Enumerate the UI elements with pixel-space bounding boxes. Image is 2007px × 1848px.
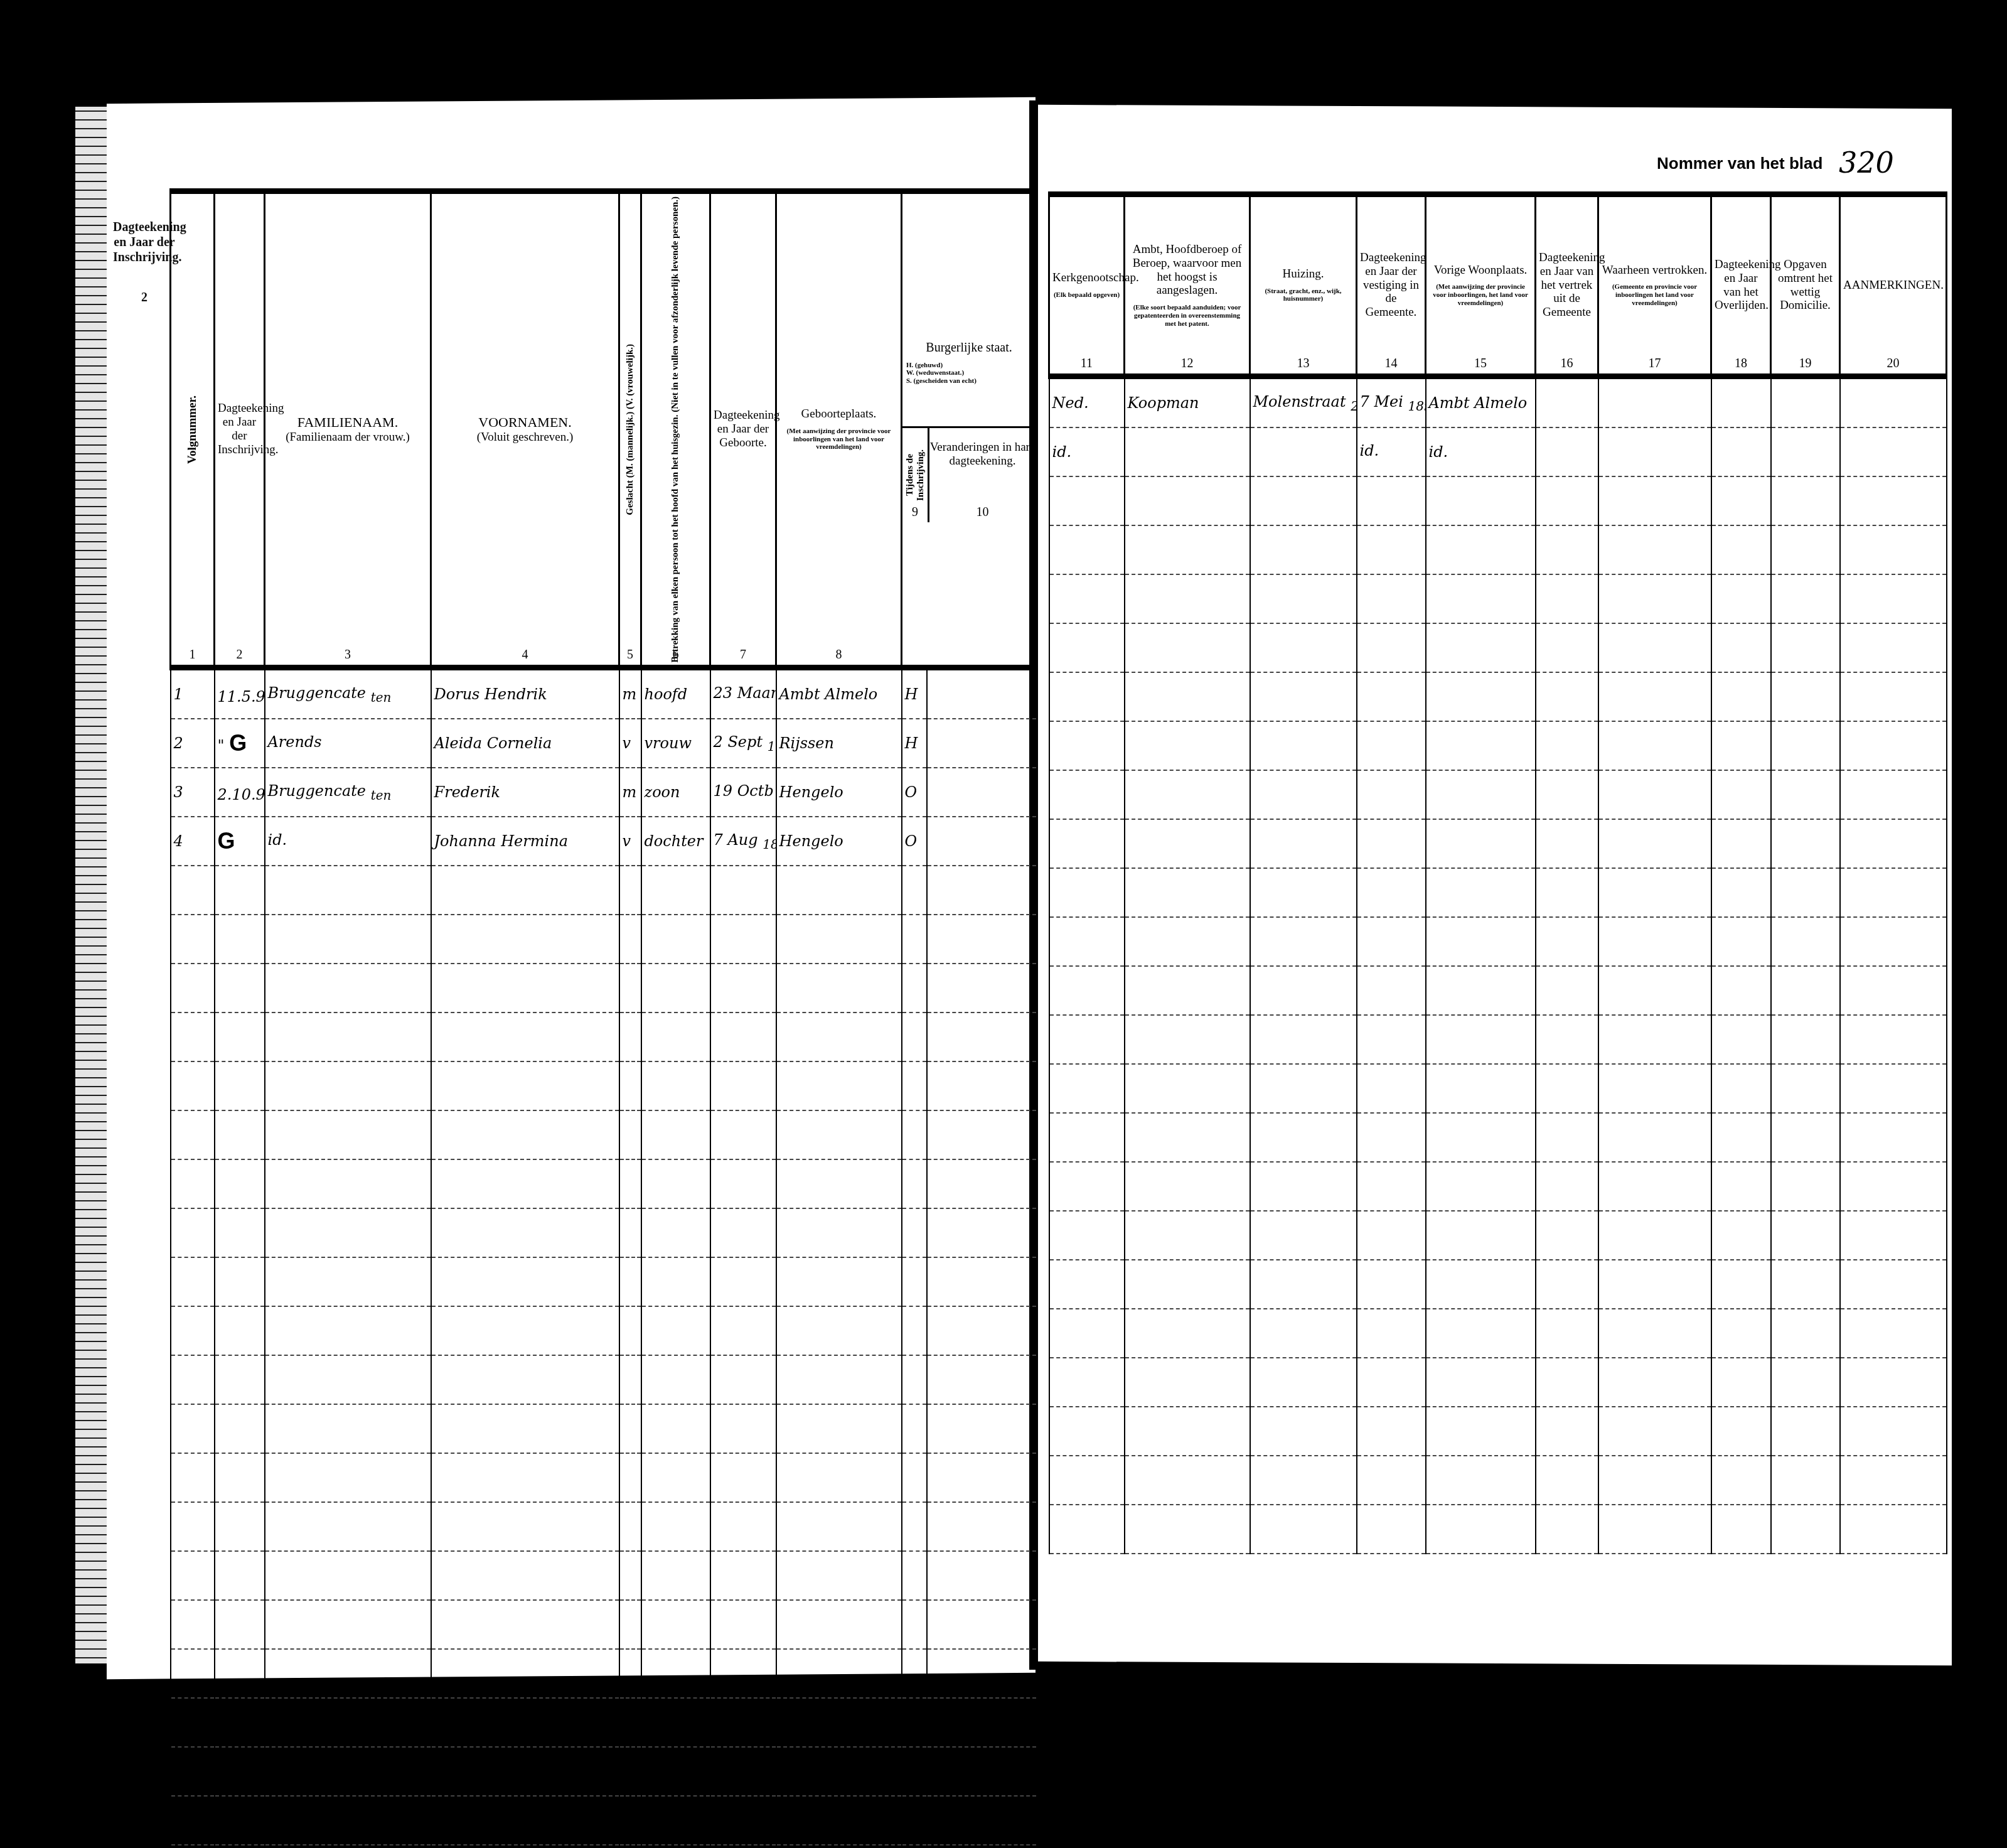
empty-cell bbox=[1840, 623, 1947, 672]
empty-cell bbox=[902, 1355, 927, 1404]
empty-cell bbox=[1536, 770, 1598, 819]
cell-kerkgenootschap: id. bbox=[1049, 427, 1125, 476]
empty-cell bbox=[215, 1502, 265, 1551]
empty-cell bbox=[776, 964, 902, 1013]
margin-column-number: 2 bbox=[113, 290, 176, 305]
empty-cell bbox=[1771, 1113, 1840, 1162]
empty-row bbox=[171, 866, 1037, 915]
empty-cell bbox=[265, 1013, 431, 1061]
empty-cell bbox=[776, 1453, 902, 1502]
empty-row bbox=[171, 1013, 1037, 1061]
familienaam-value: id. bbox=[268, 831, 287, 849]
cell-veranderingen bbox=[927, 768, 1037, 817]
empty-cell bbox=[1250, 1162, 1357, 1211]
empty-cell bbox=[215, 1110, 265, 1159]
col-aanmerkingen: AANMERKINGEN.20 bbox=[1840, 195, 1947, 377]
empty-cell bbox=[619, 1404, 641, 1453]
empty-cell bbox=[1840, 1456, 1947, 1505]
empty-cell bbox=[1250, 917, 1357, 966]
empty-cell bbox=[1357, 623, 1426, 672]
col-geboorteplaats: Geboorteplaats.(Met aanwijzing der provi… bbox=[776, 191, 902, 668]
cell-overlijden bbox=[1711, 377, 1771, 428]
familienaam-value: Arends bbox=[268, 733, 322, 751]
empty-cell bbox=[927, 1502, 1037, 1551]
empty-cell bbox=[902, 866, 927, 915]
empty-cell bbox=[215, 1013, 265, 1061]
empty-cell bbox=[927, 1159, 1037, 1208]
col-burgerlijke-staat: Burgerlijke staat. H. (gehuwd) W. (weduw… bbox=[902, 191, 1037, 668]
empty-cell bbox=[1049, 1260, 1125, 1309]
empty-cell bbox=[1536, 966, 1598, 1015]
empty-cell bbox=[1598, 966, 1711, 1015]
empty-row bbox=[1049, 1309, 1947, 1358]
empty-row bbox=[1049, 1211, 1947, 1260]
empty-cell bbox=[1771, 574, 1840, 623]
empty-cell bbox=[1598, 868, 1711, 917]
cell-inschrijving: " G bbox=[215, 719, 265, 768]
empty-cell bbox=[431, 1159, 619, 1208]
empty-cell bbox=[1049, 1211, 1125, 1260]
cell-kerkgenootschap: Ned. bbox=[1049, 377, 1125, 428]
empty-cell bbox=[641, 1306, 710, 1355]
empty-row bbox=[171, 1355, 1037, 1404]
cell-overlijden bbox=[1711, 525, 1771, 574]
empty-cell bbox=[776, 1551, 902, 1600]
empty-cell bbox=[1711, 868, 1771, 917]
empty-cell bbox=[927, 964, 1037, 1013]
empty-cell bbox=[927, 1061, 1037, 1110]
empty-cell bbox=[927, 1453, 1037, 1502]
empty-cell bbox=[776, 1502, 902, 1551]
empty-cell bbox=[1049, 721, 1125, 770]
empty-cell bbox=[619, 1747, 641, 1796]
empty-cell bbox=[1711, 917, 1771, 966]
empty-cell bbox=[431, 964, 619, 1013]
empty-cell bbox=[1049, 868, 1125, 917]
empty-cell bbox=[902, 1257, 927, 1306]
empty-cell bbox=[927, 1257, 1037, 1306]
cell-beroep: Koopman bbox=[1125, 377, 1250, 428]
empty-cell bbox=[215, 1747, 265, 1796]
empty-cell bbox=[641, 1061, 710, 1110]
empty-cell bbox=[902, 1453, 927, 1502]
empty-cell bbox=[1771, 1456, 1840, 1505]
empty-cell bbox=[1771, 1211, 1840, 1260]
settle-date: id. bbox=[1360, 442, 1379, 459]
empty-row bbox=[171, 1159, 1037, 1208]
empty-cell bbox=[1598, 721, 1711, 770]
cell-burgerlijke-staat: H bbox=[902, 719, 927, 768]
cell-geslacht: v bbox=[619, 719, 641, 768]
empty-cell bbox=[1357, 966, 1426, 1015]
empty-cell bbox=[265, 1796, 431, 1845]
empty-cell bbox=[927, 915, 1037, 964]
cell-volgnummer: 1 bbox=[171, 668, 215, 719]
cell-betrekking: hoofd bbox=[641, 668, 710, 719]
empty-cell bbox=[1536, 868, 1598, 917]
empty-cell bbox=[1771, 721, 1840, 770]
empty-cell bbox=[1840, 1505, 1947, 1554]
empty-cell bbox=[641, 1649, 710, 1698]
cell-waarheen bbox=[1598, 525, 1711, 574]
empty-cell bbox=[619, 1551, 641, 1600]
empty-cell bbox=[710, 1208, 776, 1257]
empty-row bbox=[1049, 966, 1947, 1015]
street: Molenstraat bbox=[1253, 393, 1346, 411]
empty-cell bbox=[1250, 770, 1357, 819]
cell-volgnummer: 2 bbox=[171, 719, 215, 768]
cell-aanmerkingen bbox=[1840, 427, 1947, 476]
empty-cell bbox=[171, 1404, 215, 1453]
empty-cell bbox=[1125, 1015, 1250, 1064]
cell-voornamen: Frederik bbox=[431, 768, 619, 817]
settle-date: 7 Mei bbox=[1360, 393, 1403, 411]
empty-cell bbox=[1840, 1211, 1947, 1260]
cell-geboorteplaats: Hengelo bbox=[776, 768, 902, 817]
empty-cell bbox=[265, 1208, 431, 1257]
empty-cell bbox=[776, 1306, 902, 1355]
empty-cell bbox=[265, 1159, 431, 1208]
empty-cell bbox=[1250, 1407, 1357, 1456]
empty-cell bbox=[215, 1061, 265, 1110]
empty-cell bbox=[1125, 1456, 1250, 1505]
empty-cell bbox=[1598, 1211, 1711, 1260]
empty-row bbox=[171, 915, 1037, 964]
empty-cell bbox=[431, 1502, 619, 1551]
empty-cell bbox=[1771, 1407, 1840, 1456]
empty-cell bbox=[776, 866, 902, 915]
empty-cell bbox=[1357, 1505, 1426, 1554]
empty-cell bbox=[1536, 1113, 1598, 1162]
empty-row bbox=[1049, 1358, 1947, 1407]
empty-cell bbox=[1357, 1064, 1426, 1113]
empty-cell bbox=[1598, 1505, 1711, 1554]
cell-voornamen: Dorus Hendrik bbox=[431, 668, 619, 719]
empty-cell bbox=[619, 1600, 641, 1649]
empty-cell bbox=[927, 1306, 1037, 1355]
cell-familienaam: Arends bbox=[265, 719, 431, 768]
empty-cell bbox=[1426, 1162, 1536, 1211]
empty-cell bbox=[431, 1796, 619, 1845]
empty-cell bbox=[265, 1306, 431, 1355]
empty-cell bbox=[710, 1453, 776, 1502]
empty-row bbox=[1049, 721, 1947, 770]
empty-cell bbox=[1357, 819, 1426, 868]
table-row: Ned.KoopmanMolenstraat 217 Mei 1896Ambt … bbox=[1049, 377, 1947, 428]
empty-cell bbox=[1840, 770, 1947, 819]
empty-cell bbox=[1771, 623, 1840, 672]
empty-cell bbox=[710, 1355, 776, 1404]
col-geboortedatum: Dagteekening en Jaar der Geboorte.7 bbox=[710, 191, 776, 668]
empty-cell bbox=[171, 1306, 215, 1355]
cell-volgnummer: 3 bbox=[171, 768, 215, 817]
empty-cell bbox=[1536, 1015, 1598, 1064]
empty-cell bbox=[776, 1404, 902, 1453]
table-row: 111.5.96 GBruggencate tenDorus Hendrikmh… bbox=[171, 668, 1037, 719]
empty-cell bbox=[431, 1355, 619, 1404]
empty-cell bbox=[902, 1551, 927, 1600]
empty-cell bbox=[776, 1796, 902, 1845]
empty-cell bbox=[619, 1061, 641, 1110]
empty-cell bbox=[1711, 1456, 1771, 1505]
empty-cell bbox=[902, 1698, 927, 1747]
birth-date: 23 Maart bbox=[714, 684, 776, 702]
col-veranderingen: Veranderingen in hare dagteekening.10 bbox=[929, 428, 1036, 522]
empty-cell bbox=[641, 1110, 710, 1159]
empty-cell bbox=[619, 915, 641, 964]
empty-row bbox=[1049, 1407, 1947, 1456]
empty-cell bbox=[1426, 1309, 1536, 1358]
empty-cell bbox=[431, 1453, 619, 1502]
empty-cell bbox=[1426, 1113, 1536, 1162]
empty-cell bbox=[1711, 623, 1771, 672]
empty-cell bbox=[1711, 966, 1771, 1015]
col-waarheen: Waarheen vertrokken.(Gemeente en provinc… bbox=[1598, 195, 1711, 377]
empty-row bbox=[171, 1110, 1037, 1159]
empty-cell bbox=[1357, 1309, 1426, 1358]
birth-year: 1898 bbox=[763, 837, 776, 852]
empty-cell bbox=[1840, 672, 1947, 721]
empty-cell bbox=[619, 964, 641, 1013]
empty-cell bbox=[1771, 1505, 1840, 1554]
empty-cell bbox=[710, 1796, 776, 1845]
empty-row bbox=[171, 1061, 1037, 1110]
empty-cell bbox=[902, 1404, 927, 1453]
empty-cell bbox=[1598, 574, 1711, 623]
empty-cell bbox=[776, 1061, 902, 1110]
empty-cell bbox=[710, 964, 776, 1013]
cell-veranderingen bbox=[927, 719, 1037, 768]
empty-cell bbox=[1125, 1260, 1250, 1309]
empty-cell bbox=[265, 1061, 431, 1110]
cell-overlijden bbox=[1711, 427, 1771, 476]
empty-cell bbox=[1536, 819, 1598, 868]
empty-cell bbox=[1711, 1015, 1771, 1064]
cell-beroep bbox=[1125, 476, 1250, 525]
empty-cell bbox=[1357, 721, 1426, 770]
empty-cell bbox=[619, 1698, 641, 1747]
empty-cell bbox=[1536, 672, 1598, 721]
col-inschrijving: Dagteekening en Jaar der Inschrijving.2 bbox=[215, 191, 265, 668]
empty-row bbox=[1049, 1015, 1947, 1064]
empty-cell bbox=[1840, 1162, 1947, 1211]
empty-cell bbox=[641, 1698, 710, 1747]
empty-cell bbox=[1049, 1358, 1125, 1407]
empty-cell bbox=[215, 1698, 265, 1747]
cell-familienaam: id. bbox=[265, 817, 431, 866]
empty-cell bbox=[776, 1110, 902, 1159]
empty-cell bbox=[1250, 966, 1357, 1015]
empty-cell bbox=[1125, 770, 1250, 819]
empty-cell bbox=[1711, 819, 1771, 868]
empty-cell bbox=[1771, 1064, 1840, 1113]
empty-row bbox=[171, 1208, 1037, 1257]
empty-cell bbox=[1125, 574, 1250, 623]
empty-cell bbox=[171, 1355, 215, 1404]
cell-betrekking: dochter bbox=[641, 817, 710, 866]
empty-row bbox=[171, 1649, 1037, 1698]
empty-cell bbox=[1598, 1407, 1711, 1456]
cell-betrekking: vrouw bbox=[641, 719, 710, 768]
empty-cell bbox=[1536, 1407, 1598, 1456]
empty-cell bbox=[1357, 1358, 1426, 1407]
empty-cell bbox=[1840, 966, 1947, 1015]
empty-cell bbox=[1125, 966, 1250, 1015]
empty-cell bbox=[215, 1257, 265, 1306]
empty-cell bbox=[641, 1796, 710, 1845]
cell-geboorteplaats: Ambt Almelo bbox=[776, 668, 902, 719]
cell-geslacht: m bbox=[619, 768, 641, 817]
empty-cell bbox=[1357, 672, 1426, 721]
empty-cell bbox=[1250, 1015, 1357, 1064]
cell-vertrek bbox=[1536, 377, 1598, 428]
empty-cell bbox=[1840, 1260, 1947, 1309]
empty-cell bbox=[710, 1551, 776, 1600]
empty-cell bbox=[1771, 1260, 1840, 1309]
col-vestiging: Dagteekening en Jaar der vestiging in de… bbox=[1357, 195, 1426, 377]
empty-cell bbox=[641, 1453, 710, 1502]
empty-cell bbox=[1840, 1015, 1947, 1064]
empty-row bbox=[1049, 770, 1947, 819]
empty-cell bbox=[1598, 1113, 1711, 1162]
empty-cell bbox=[171, 1698, 215, 1747]
empty-cell bbox=[215, 1600, 265, 1649]
empty-cell bbox=[776, 1257, 902, 1306]
empty-cell bbox=[641, 1502, 710, 1551]
cell-domicilie bbox=[1771, 427, 1840, 476]
cell-geslacht: v bbox=[619, 817, 641, 866]
empty-cell bbox=[431, 1698, 619, 1747]
empty-cell bbox=[927, 1013, 1037, 1061]
empty-cell bbox=[1125, 1358, 1250, 1407]
cell-aanmerkingen bbox=[1840, 525, 1947, 574]
empty-row bbox=[171, 1306, 1037, 1355]
empty-row bbox=[171, 1257, 1037, 1306]
empty-cell bbox=[927, 1747, 1037, 1796]
cell-aanmerkingen bbox=[1840, 377, 1947, 428]
empty-cell bbox=[171, 1257, 215, 1306]
table-row: 32.10.96 GBruggencate tenFrederikmzoon19… bbox=[171, 768, 1037, 817]
empty-cell bbox=[710, 866, 776, 915]
empty-cell bbox=[171, 866, 215, 915]
col-volgnummer: Volgnummer.1 bbox=[171, 191, 215, 668]
cell-vorige-woonplaats: Ambt Almelo bbox=[1426, 377, 1536, 428]
empty-cell bbox=[215, 1404, 265, 1453]
empty-row bbox=[171, 1551, 1037, 1600]
cell-vorige-woonplaats: id. bbox=[1426, 427, 1536, 476]
empty-cell bbox=[1250, 1358, 1357, 1407]
empty-cell bbox=[710, 1159, 776, 1208]
cell-voornamen: Aleida Cornelia bbox=[431, 719, 619, 768]
empty-cell bbox=[1771, 819, 1840, 868]
table-row: 2" GArends Aleida Corneliavvrouw2 Sept 1… bbox=[171, 719, 1037, 768]
empty-cell bbox=[710, 1110, 776, 1159]
empty-cell bbox=[641, 1355, 710, 1404]
empty-cell bbox=[1250, 1064, 1357, 1113]
empty-cell bbox=[1840, 1358, 1947, 1407]
birth-date: 7 Aug bbox=[714, 831, 758, 849]
cell-geboorteplaats: Rijssen bbox=[776, 719, 902, 768]
empty-cell bbox=[1711, 1113, 1771, 1162]
empty-cell bbox=[902, 1159, 927, 1208]
empty-cell bbox=[1840, 917, 1947, 966]
cell-betrekking: zoon bbox=[641, 768, 710, 817]
empty-cell bbox=[1357, 770, 1426, 819]
col-tijdens-inschrijving: Tijdens de Inschrijving.9 bbox=[902, 428, 929, 522]
empty-cell bbox=[1771, 966, 1840, 1015]
empty-cell bbox=[927, 1796, 1037, 1845]
empty-cell bbox=[619, 1257, 641, 1306]
empty-cell bbox=[902, 1061, 927, 1110]
empty-cell bbox=[1711, 1211, 1771, 1260]
empty-row bbox=[1049, 1064, 1947, 1113]
empty-cell bbox=[1049, 623, 1125, 672]
empty-cell bbox=[215, 1159, 265, 1208]
sheet-label: Nommer van het blad bbox=[1657, 154, 1822, 173]
empty-cell bbox=[431, 1600, 619, 1649]
empty-cell bbox=[710, 1013, 776, 1061]
empty-row bbox=[1049, 868, 1947, 917]
empty-cell bbox=[641, 1159, 710, 1208]
empty-cell bbox=[215, 1306, 265, 1355]
empty-cell bbox=[710, 1600, 776, 1649]
cell-geboorte: 23 Maart 1870 bbox=[710, 668, 776, 719]
empty-cell bbox=[641, 866, 710, 915]
col-overlijden: Dagteekening en Jaar van het Overlijden.… bbox=[1711, 195, 1771, 377]
cell-inschrijving: 11.5.96 G bbox=[215, 668, 265, 719]
empty-cell bbox=[431, 1013, 619, 1061]
table-row: 4 Gid. Johanna Herminavdochter7 Aug 1898… bbox=[171, 817, 1037, 866]
empty-cell bbox=[619, 1013, 641, 1061]
empty-cell bbox=[619, 1110, 641, 1159]
empty-cell bbox=[927, 1404, 1037, 1453]
empty-cell bbox=[1125, 1505, 1250, 1554]
familienaam-value: Bruggencate bbox=[268, 782, 367, 800]
empty-cell bbox=[1536, 1064, 1598, 1113]
empty-cell bbox=[1125, 1113, 1250, 1162]
empty-cell bbox=[1771, 1309, 1840, 1358]
col-beroep: Ambt, Hoofdberoep of Beroep, waarvoor me… bbox=[1125, 195, 1250, 377]
col-geslacht: Geslacht (M. (mannelijk.) (V. (vrouwelij… bbox=[619, 191, 641, 668]
empty-cell bbox=[1598, 1064, 1711, 1113]
empty-cell bbox=[171, 915, 215, 964]
cell-geboorte: 7 Aug 1898 bbox=[710, 817, 776, 866]
empty-cell bbox=[1426, 868, 1536, 917]
settle-year: 1896 bbox=[1408, 398, 1426, 413]
empty-cell bbox=[902, 1306, 927, 1355]
empty-cell bbox=[641, 964, 710, 1013]
margin-column-heading: Dagteekening en Jaar der Inschrijving. 2 bbox=[113, 220, 176, 305]
empty-cell bbox=[431, 1061, 619, 1110]
empty-cell bbox=[1840, 574, 1947, 623]
empty-cell bbox=[1049, 1064, 1125, 1113]
empty-cell bbox=[710, 1257, 776, 1306]
table-row bbox=[1049, 525, 1947, 574]
empty-cell bbox=[902, 1208, 927, 1257]
empty-cell bbox=[619, 1355, 641, 1404]
empty-cell bbox=[431, 1551, 619, 1600]
g-mark: G bbox=[218, 828, 235, 854]
col-kerkgenootschap: Kerkgenootschap.(Elk bepaald opgeven)11 bbox=[1049, 195, 1125, 377]
empty-cell bbox=[710, 1698, 776, 1747]
empty-cell bbox=[1125, 868, 1250, 917]
empty-cell bbox=[171, 1551, 215, 1600]
cell-domicilie bbox=[1771, 525, 1840, 574]
empty-cell bbox=[1357, 1113, 1426, 1162]
empty-cell bbox=[710, 915, 776, 964]
empty-cell bbox=[215, 1649, 265, 1698]
empty-cell bbox=[776, 1649, 902, 1698]
